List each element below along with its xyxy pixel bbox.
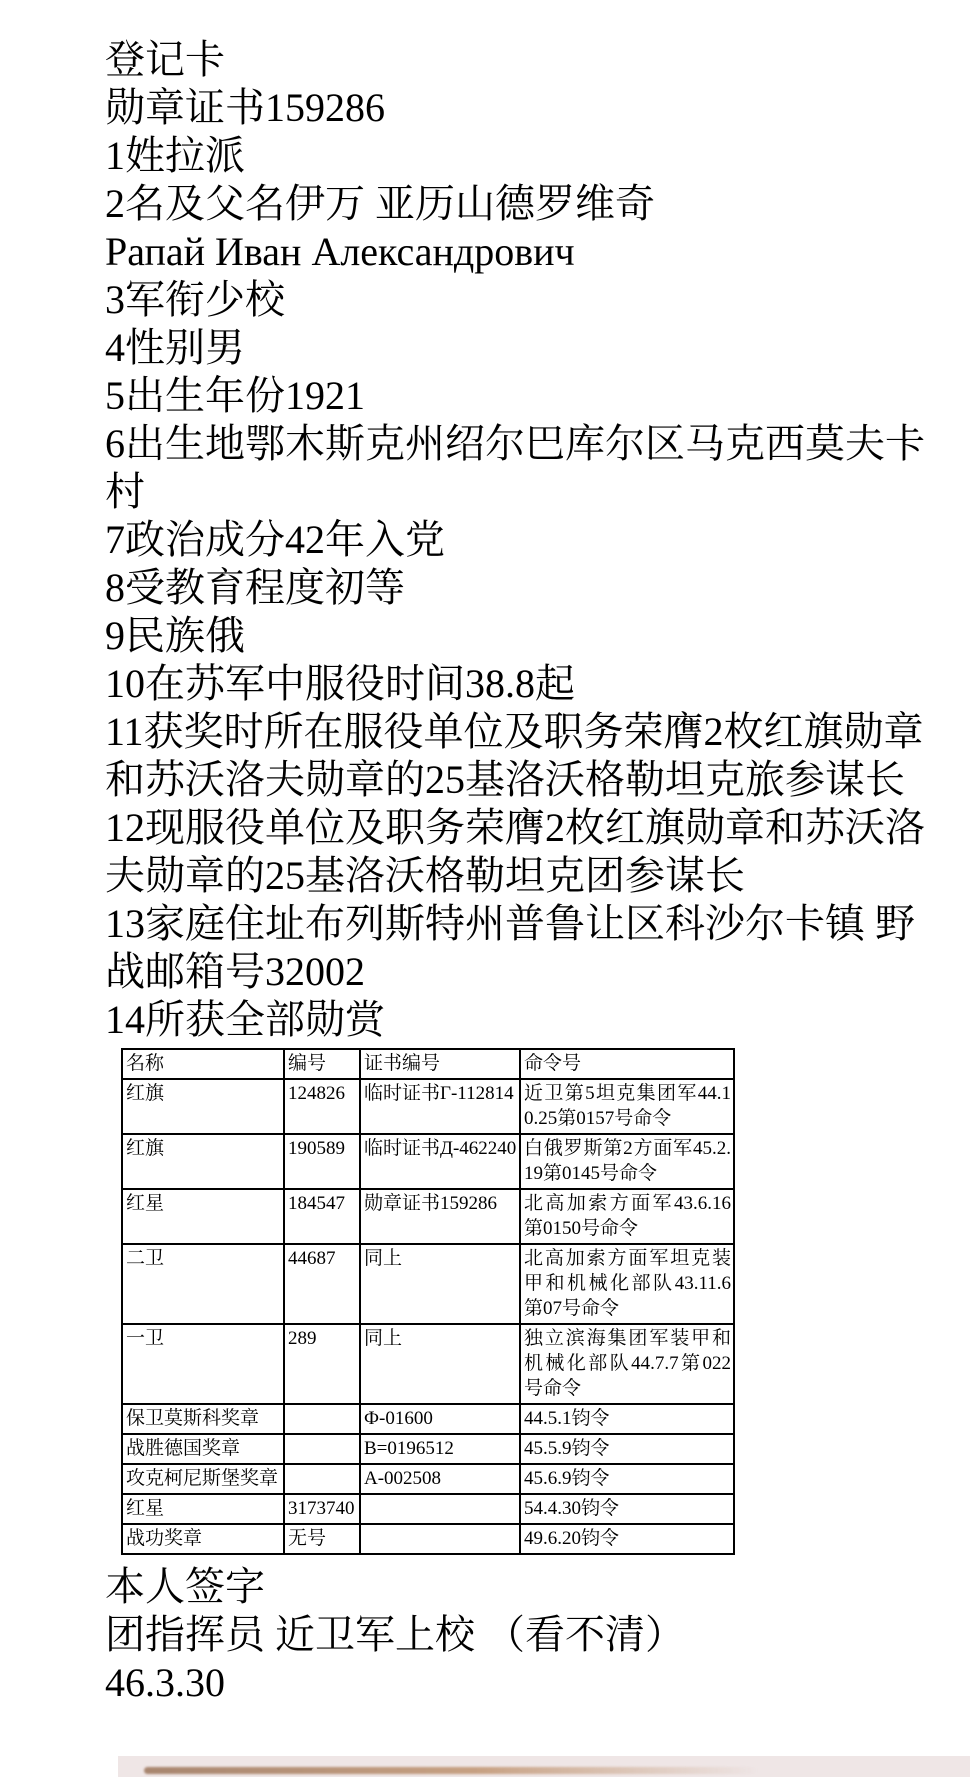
awards-table-header-row: 名称 编号 证书编号 命令号 [122,1049,734,1079]
award-number-cell: 289 [284,1324,360,1404]
order-cell: 近卫第5坦克集团军44.10.25第0157号命令 [520,1079,734,1134]
award-number-cell: 无号 [284,1524,360,1554]
certificate-cell: 临时证书Г-112814 [360,1079,520,1134]
doc-line-nationality: 9民族俄 [105,612,953,660]
doc-line-current-unit: 12现服役单位及职务荣膺2枚红旗勋章和苏沃洛 [105,804,953,852]
award-number-cell: 3173740 [284,1494,360,1524]
doc-line-surname: 1姓拉派 [105,132,953,180]
certificate-cell: B=0196512 [360,1434,520,1464]
doc-line-birthplace-wrap: 村 [105,468,953,516]
doc-line-rank: 3军衔少校 [105,276,953,324]
doc-line-education: 8受教育程度初等 [105,564,953,612]
doc-line-russian-name: Рапай Иван Александрович [105,228,953,276]
order-cell: 独立滨海集团军装甲和机械化部队44.7.7第022号命令 [520,1324,734,1404]
certificate-cell: Ф-01600 [360,1404,520,1434]
doc-line-home-address-wrap: 战邮箱号32002 [105,948,953,996]
doc-line-given-name: 2名及父名伊万 亚历山德罗维奇 [105,180,953,228]
photo-edge-streak [144,1767,758,1774]
award-number-cell: 184547 [284,1189,360,1244]
signature-commander-line: 团指挥员 近卫军上校 （看不清） [105,1611,953,1659]
document-content: 登记卡 勋章证书159286 1姓拉派 2名及父名伊万 亚历山德罗维奇 Рапа… [105,36,953,1707]
award-row: 战功奖章 无号 49.6.20钧令 [122,1524,734,1554]
signature-label: 本人签字 [105,1563,953,1611]
certificate-cell [360,1494,520,1524]
doc-line-gender: 4性别男 [105,324,953,372]
award-row: 攻克柯尼斯堡奖章 A-002508 45.6.9钧令 [122,1464,734,1494]
award-name-cell: 攻克柯尼斯堡奖章 [122,1464,284,1494]
doc-line-unit-at-award-wrap: 和苏沃洛夫勋章的25基洛沃格勒坦克旅参谋长 [105,756,953,804]
award-row: 红星 3173740 54.4.30钧令 [122,1494,734,1524]
award-number-cell [284,1404,360,1434]
order-cell: 45.6.9钧令 [520,1464,734,1494]
award-number-cell: 190589 [284,1134,360,1189]
doc-line-unit-at-award: 11获奖时所在服役单位及职务荣膺2枚红旗勋章 [105,708,953,756]
doc-line-service-since: 10在苏军中服役时间38.8起 [105,660,953,708]
doc-line-home-address: 13家庭住址布列斯特州普鲁让区科沙尔卡镇 野 [105,900,953,948]
signature-block: 本人签字 团指挥员 近卫军上校 （看不清） 46.3.30 [105,1563,953,1707]
awards-table: 名称 编号 证书编号 命令号 红旗 124826 临时证书Г-112814 近卫… [121,1048,735,1555]
order-cell: 白俄罗斯第2方面军45.2.19第0145号命令 [520,1134,734,1189]
order-cell: 44.5.1钧令 [520,1404,734,1434]
award-number-cell: 124826 [284,1079,360,1134]
award-row: 二卫 44687 同上 北高加索方面军坦克装甲和机械化部队43.11.6第07号… [122,1244,734,1324]
award-row: 红星 184547 勋章证书159286 北高加索方面军43.6.16第0150… [122,1189,734,1244]
signature-date: 46.3.30 [105,1659,953,1707]
header-certificate-number: 证书编号 [360,1049,520,1079]
doc-line-birthplace: 6出生地鄂木斯克州绍尔巴库尔区马克西莫夫卡 [105,420,953,468]
doc-line-current-unit-wrap: 夫勋章的25基洛沃格勒坦克团参谋长 [105,852,953,900]
award-number-cell: 44687 [284,1244,360,1324]
award-row: 保卫莫斯科奖章 Ф-01600 44.5.1钧令 [122,1404,734,1434]
award-name-cell: 红星 [122,1494,284,1524]
award-row: 战胜德国奖章 B=0196512 45.5.9钧令 [122,1434,734,1464]
order-cell: 北高加索方面军43.6.16第0150号命令 [520,1189,734,1244]
order-cell: 49.6.20钧令 [520,1524,734,1554]
certificate-cell: 同上 [360,1324,520,1404]
order-cell: 北高加索方面军坦克装甲和机械化部队43.11.6第07号命令 [520,1244,734,1324]
award-name-cell: 一卫 [122,1324,284,1404]
certificate-cell: 同上 [360,1244,520,1324]
header-award-number: 编号 [284,1049,360,1079]
certificate-cell [360,1524,520,1554]
doc-line-birth-year: 5出生年份1921 [105,372,953,420]
doc-line-political-status: 7政治成分42年入党 [105,516,953,564]
award-number-cell [284,1434,360,1464]
order-cell: 45.5.9钧令 [520,1434,734,1464]
award-name-cell: 二卫 [122,1244,284,1324]
award-number-cell [284,1464,360,1494]
award-row: 红旗 190589 临时证书Д-462240 白俄罗斯第2方面军45.2.19第… [122,1134,734,1189]
award-row: 一卫 289 同上 独立滨海集团军装甲和机械化部队44.7.7第022号命令 [122,1324,734,1404]
registration-card-page: 登记卡 勋章证书159286 1姓拉派 2名及父名伊万 亚历山德罗维奇 Рапа… [0,0,970,1777]
certificate-cell: 临时证书Д-462240 [360,1134,520,1189]
award-name-cell: 战功奖章 [122,1524,284,1554]
header-award-name: 名称 [122,1049,284,1079]
award-name-cell: 红旗 [122,1134,284,1189]
award-name-cell: 保卫莫斯科奖章 [122,1404,284,1434]
award-row: 红旗 124826 临时证书Г-112814 近卫第5坦克集团军44.10.25… [122,1079,734,1134]
doc-line-certificate-number: 勋章证书159286 [105,84,953,132]
scanned-photo-fragment [118,1756,970,1777]
doc-line-all-awards: 14所获全部勋赏 [105,996,953,1044]
certificate-cell: 勋章证书159286 [360,1189,520,1244]
order-cell: 54.4.30钧令 [520,1494,734,1524]
award-name-cell: 红旗 [122,1079,284,1134]
award-name-cell: 战胜德国奖章 [122,1434,284,1464]
doc-title: 登记卡 [105,36,953,84]
award-name-cell: 红星 [122,1189,284,1244]
header-order-number: 命令号 [520,1049,734,1079]
certificate-cell: A-002508 [360,1464,520,1494]
